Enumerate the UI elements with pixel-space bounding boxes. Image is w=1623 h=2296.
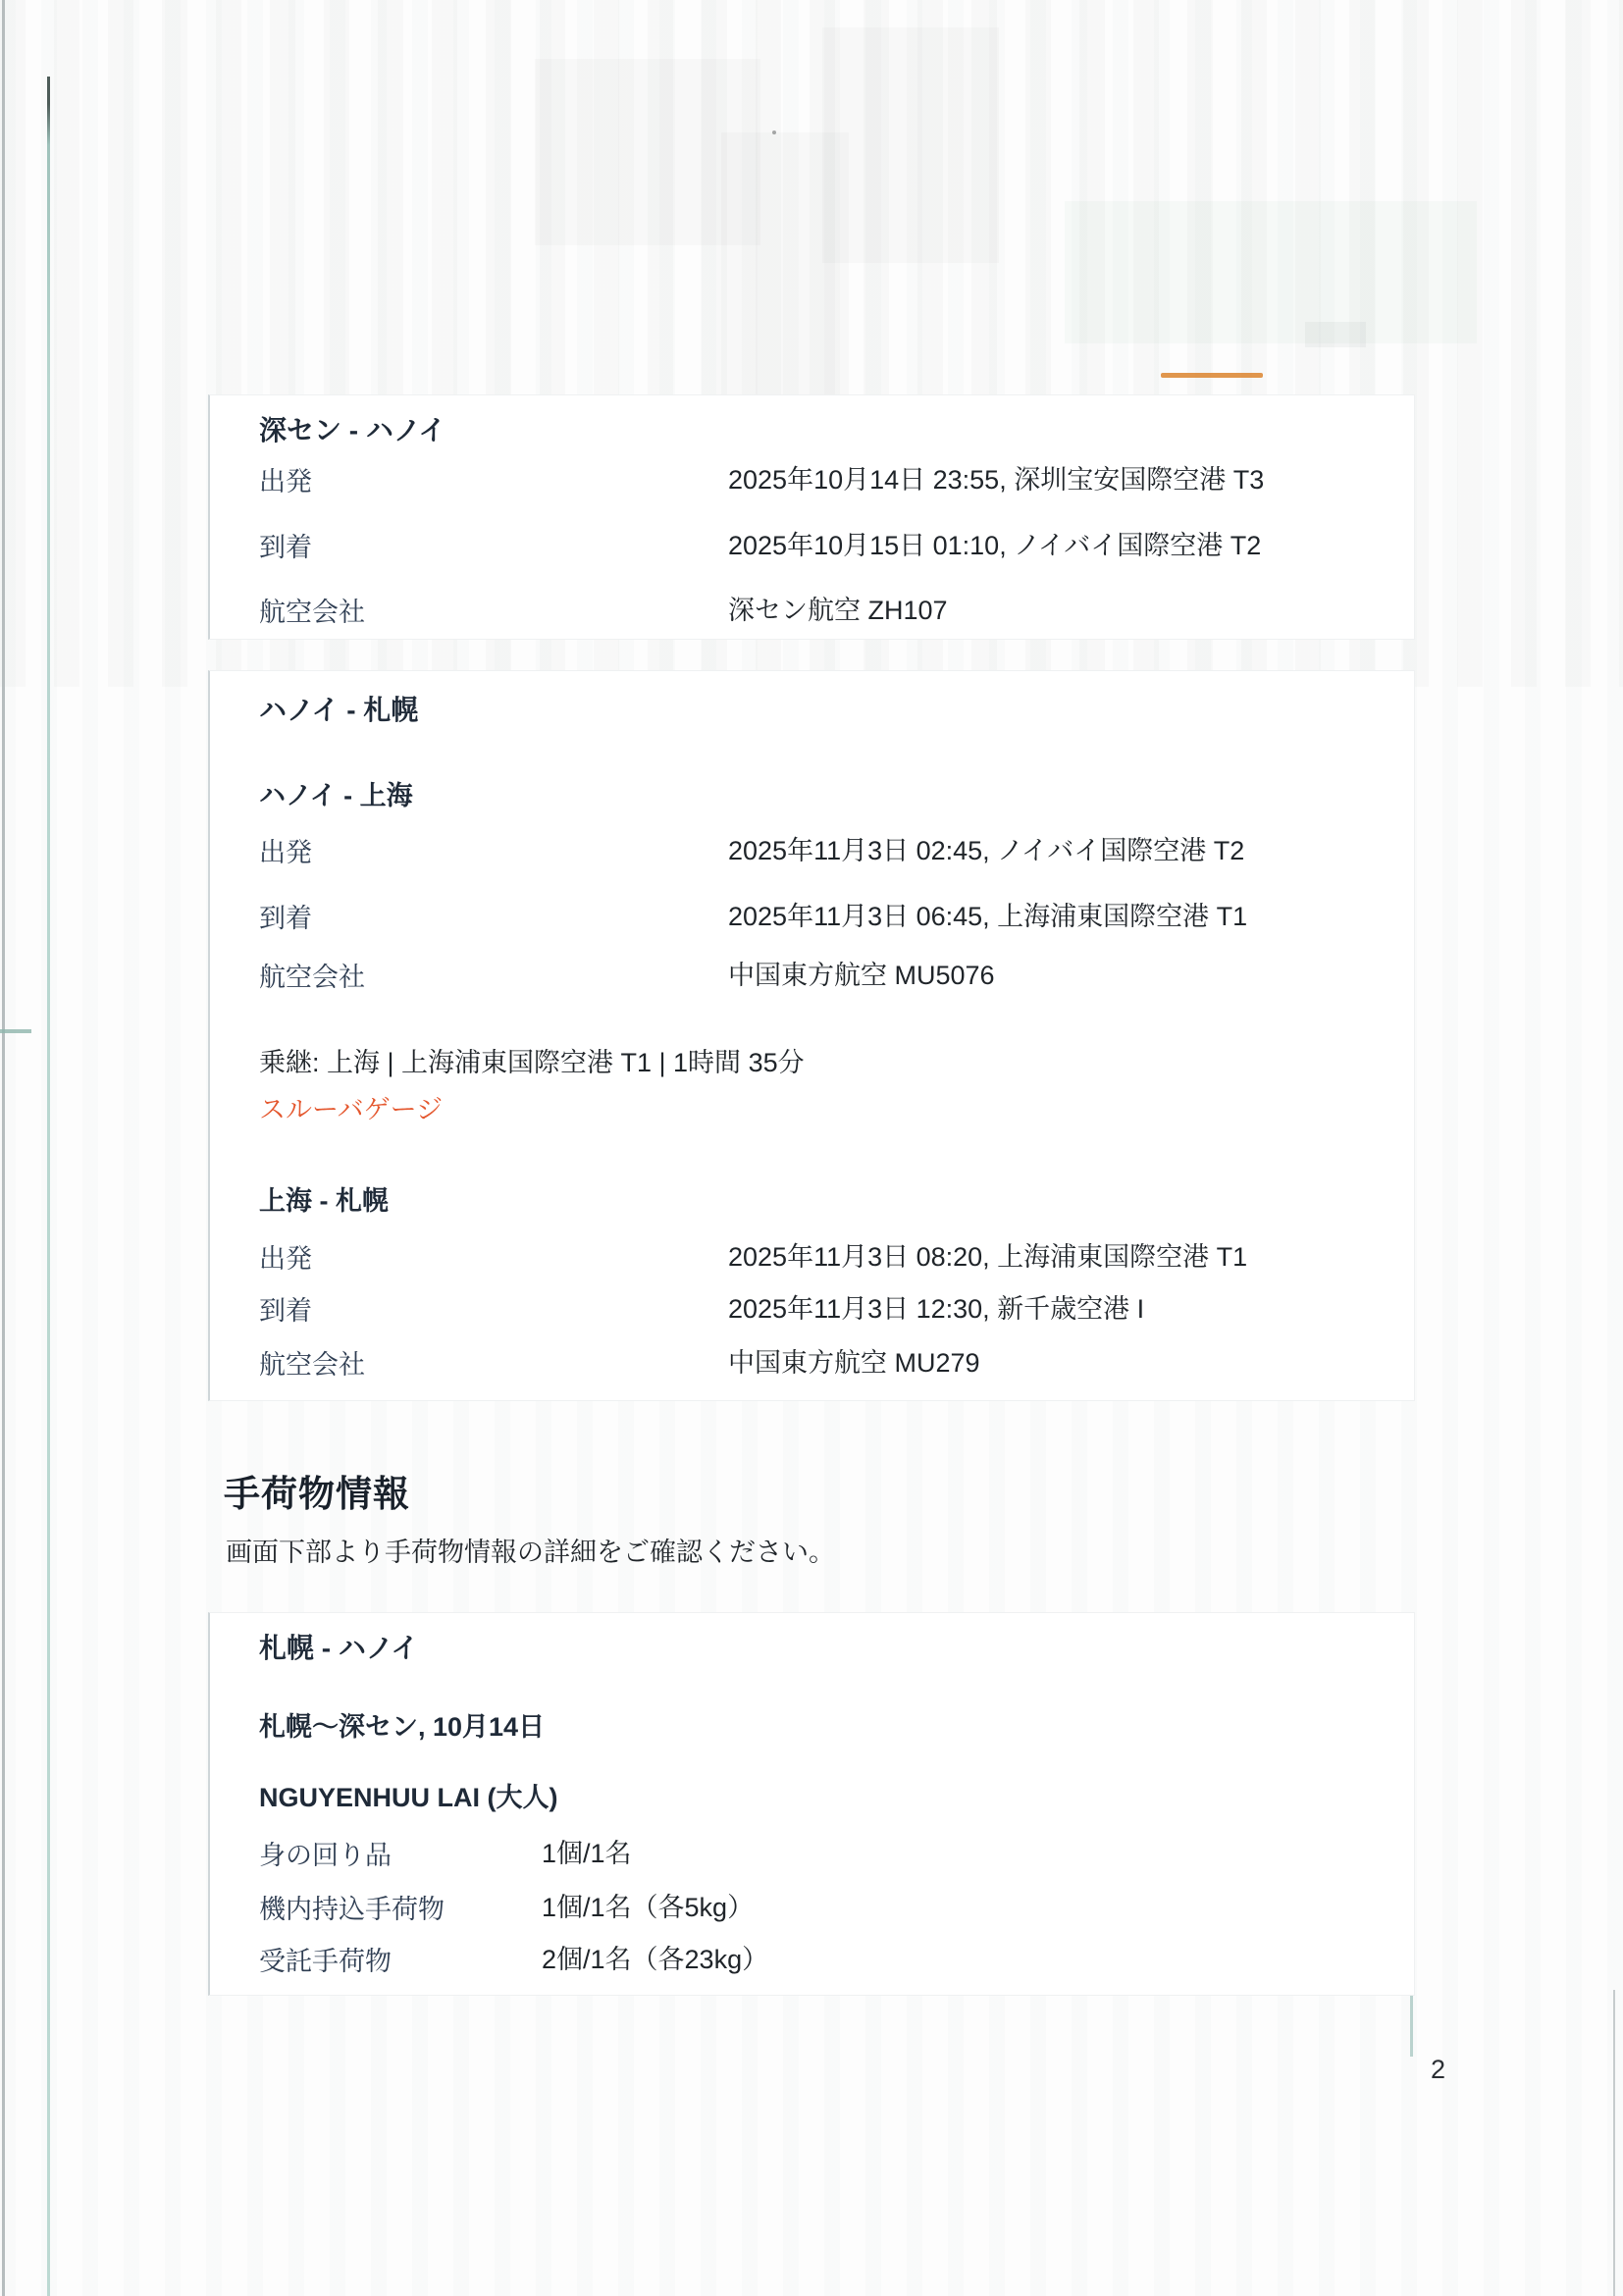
- row-label-airline: 航空会社: [259, 1343, 365, 1382]
- row-label-departure: 出発: [259, 1237, 312, 1276]
- page-right-edge-shadow: [1613, 1990, 1615, 2296]
- row-label-departure: 出発: [259, 460, 312, 498]
- row-value-departure: 2025年10月14日 23:55, 深圳宝安国際空港 T3: [728, 458, 1264, 496]
- row-label-checked: 受託手荷物: [259, 1940, 392, 1978]
- scan-dot: [772, 130, 776, 134]
- row-value-carry-on: 1個/1名（各5kg）: [542, 1886, 754, 1924]
- through-baggage-note: スルーバゲージ: [259, 1088, 443, 1126]
- row-label-carry-on: 機内持込手荷物: [259, 1888, 445, 1926]
- scan-smudge-3: [1065, 201, 1477, 343]
- row-value-checked: 2個/1名（各23kg）: [542, 1938, 768, 1976]
- flight-card-hanoi-sapporo: ハノイ - 札幌 ハノイ - 上海 出発 2025年11月3日 02:45, ノ…: [208, 670, 1415, 1401]
- section-title: 深セン - ハノイ: [259, 409, 445, 448]
- row-value-arrival: 2025年11月3日 06:45, 上海浦東国際空港 T1: [728, 895, 1247, 933]
- row-label-personal-item: 身の回り品: [259, 1834, 392, 1872]
- baggage-info-heading: 手荷物情報: [224, 1464, 410, 1517]
- row-value-airline: 中国東方航空 MU279: [728, 1341, 980, 1380]
- leg2-title: 上海 - 札幌: [259, 1179, 389, 1218]
- scan-left-tick-mark: [0, 1029, 31, 1033]
- scan-vertical-teal-line: [47, 77, 50, 2296]
- leg1-title: ハノイ - 上海: [259, 774, 413, 812]
- row-value-airline: 中国東方航空 MU5076: [728, 954, 995, 992]
- scan-orange-dash: [1161, 373, 1263, 378]
- scan-smudge-5: [1305, 322, 1366, 347]
- baggage-info-note: 画面下部より手荷物情報の詳細をご確認ください。: [226, 1531, 835, 1569]
- row-label-airline: 航空会社: [259, 591, 365, 629]
- scanned-document-page: 深セン - ハノイ 出発 2025年10月14日 23:55, 深圳宝安国際空港…: [0, 0, 1623, 2296]
- segment-title: 札幌〜深セン, 10月14日: [259, 1705, 545, 1744]
- row-value-departure: 2025年11月3日 08:20, 上海浦東国際空港 T1: [728, 1235, 1247, 1274]
- row-value-arrival: 2025年11月3日 12:30, 新千歳空港 I: [728, 1287, 1144, 1326]
- transfer-note: 乗継: 上海 | 上海浦東国際空港 T1 | 1時間 35分: [259, 1041, 805, 1079]
- page-number: 2: [1431, 2055, 1445, 2085]
- row-value-departure: 2025年11月3日 02:45, ノイバイ国際空港 T2: [728, 829, 1244, 867]
- row-value-arrival: 2025年10月15日 01:10, ノイバイ国際空港 T2: [728, 524, 1261, 562]
- passenger-name: NGUYENHUU LAI (大人): [259, 1776, 558, 1814]
- scan-smudge-2: [822, 27, 999, 263]
- row-label-airline: 航空会社: [259, 956, 365, 994]
- section-title: ハノイ - 札幌: [259, 689, 418, 728]
- row-value-personal-item: 1個/1名: [542, 1832, 632, 1870]
- baggage-card-sapporo-hanoi: 札幌 - ハノイ 札幌〜深セン, 10月14日 NGUYENHUU LAI (大…: [208, 1612, 1415, 1996]
- row-label-departure: 出発: [259, 831, 312, 869]
- page-left-edge-line: [2, 0, 5, 2296]
- row-label-arrival: 到着: [259, 526, 312, 564]
- row-label-arrival: 到着: [259, 1289, 312, 1328]
- row-label-arrival: 到着: [259, 897, 312, 935]
- section-title: 札幌 - ハノイ: [259, 1627, 418, 1666]
- row-value-airline: 深セン航空 ZH107: [728, 589, 948, 627]
- scan-smudge-1: [535, 59, 760, 245]
- flight-card-shenzhen-hanoi: 深セン - ハノイ 出発 2025年10月14日 23:55, 深圳宝安国際空港…: [208, 394, 1415, 640]
